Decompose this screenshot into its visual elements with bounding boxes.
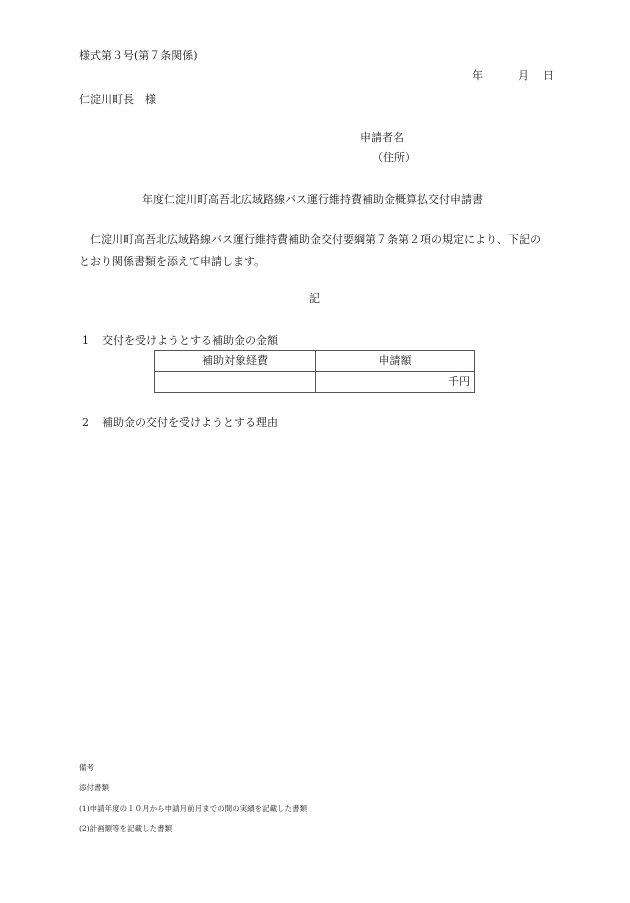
item-2: 2補助金の交付を受けようとする理由 bbox=[82, 416, 278, 430]
item-2-number: 2 bbox=[82, 416, 102, 430]
item-1: 1交付を受けようとする補助金の金額 bbox=[82, 334, 278, 348]
addressee: 仁淀川町長 様 bbox=[79, 93, 156, 107]
item-2-label: 補助金の交付を受けようとする理由 bbox=[102, 416, 278, 429]
body-text-line-2: とおり関係書類を添えて申請します。 bbox=[79, 255, 265, 269]
body-text-1: 仁淀川町高吾北広域路線バス運行維持費補助金交付要綱第７条第２項の規定により、下記… bbox=[90, 233, 541, 246]
attachments-title: 添付書類 bbox=[79, 783, 109, 793]
indent bbox=[79, 233, 90, 246]
body-text-line-1: 仁淀川町高吾北広域路線バス運行維持費補助金交付要綱第７条第２項の規定により、下記… bbox=[79, 233, 541, 247]
date-year-label: 年 bbox=[472, 69, 518, 83]
header-requested-amount: 申請額 bbox=[316, 351, 475, 372]
header-eligible-expenses: 補助対象経費 bbox=[155, 351, 316, 372]
date-month-label: 月 bbox=[518, 69, 543, 83]
remarks-title: 備考 bbox=[79, 763, 94, 773]
cell-eligible-expenses[interactable] bbox=[155, 372, 316, 393]
document-title: 年度仁淀川町高吾北広域路線バス運行維持費補助金概算払交付申請書 bbox=[142, 193, 483, 207]
attachment-item-1: (1)申請年度の１０月から申請月前月までの間の実績を記載した書類 bbox=[79, 804, 307, 814]
date-line: 年月日 bbox=[472, 69, 554, 83]
table-header-row: 補助対象経費 申請額 bbox=[155, 351, 475, 372]
item-1-number: 1 bbox=[82, 334, 102, 348]
table-row: 千円 bbox=[155, 372, 475, 393]
date-day-label: 日 bbox=[543, 69, 554, 83]
applicant-name-label: 申請者名 bbox=[360, 131, 404, 145]
ki-heading: 記 bbox=[309, 292, 320, 306]
cell-requested-amount[interactable]: 千円 bbox=[316, 372, 475, 393]
item-1-label: 交付を受けようとする補助金の金額 bbox=[102, 334, 278, 347]
applicant-address-label: （住所） bbox=[372, 151, 416, 165]
attachment-item-2: (2)計画額等を記載した書類 bbox=[79, 824, 172, 834]
amount-table: 補助対象経費 申請額 千円 bbox=[154, 350, 475, 393]
form-number: 様式第３号(第７条関係) bbox=[79, 49, 198, 63]
